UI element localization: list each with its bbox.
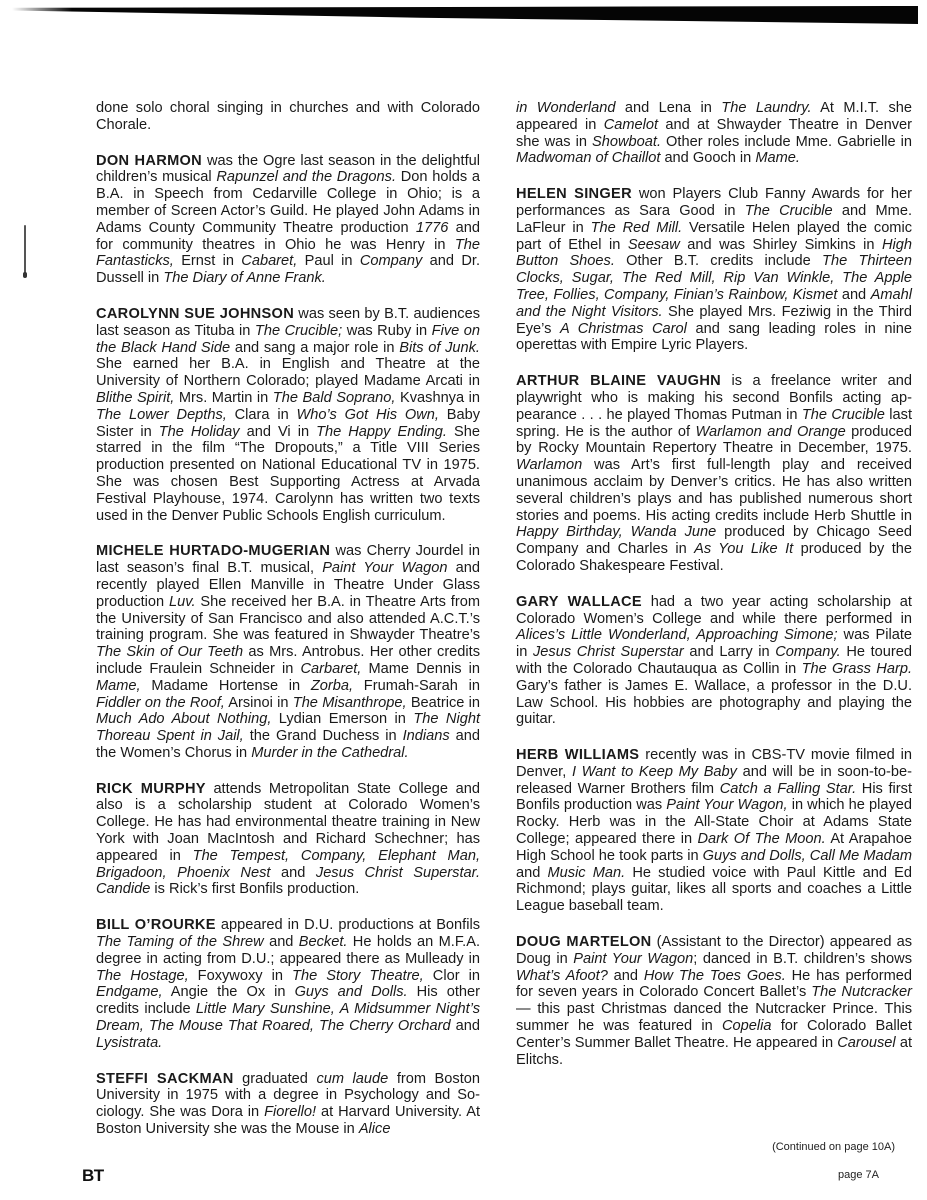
production-title: Dark Of The Moon.: [698, 831, 826, 847]
production-title: Much Ado About Nothing,: [96, 711, 271, 727]
bio-paragraph-steffi-sackman-continued: in Wonderland and Lena in The Laundry. A…: [516, 100, 912, 167]
bio-text: Other B.T. credits include: [615, 253, 822, 269]
production-title: Paint Your Wagon: [322, 560, 447, 576]
performer-name: CAROLYNN SUE JOHNSON: [96, 306, 294, 322]
production-title: The Misanthrope,: [293, 695, 407, 711]
production-title: Murder in the Cathedral.: [251, 745, 408, 761]
production-title: Carbaret,: [301, 661, 362, 677]
bio-text: Lydian Emerson in: [271, 711, 413, 727]
production-title: The Bald Soprano,: [273, 390, 396, 406]
performer-name: BILL O’ROURKE: [96, 917, 216, 933]
performer-name: GARY WALLACE: [516, 594, 642, 610]
production-title: Becket.: [299, 934, 348, 950]
production-title: Seesaw: [628, 237, 680, 253]
production-title: Company: [360, 253, 422, 269]
bio-paragraph-continuation: done solo choral singing in churches and…: [96, 100, 480, 134]
bio-text: the Grand Duchess in: [244, 728, 403, 744]
production-title: The Hostage,: [96, 968, 189, 984]
bio-text: Clara in: [227, 407, 297, 423]
production-title: Who’s Got His Own,: [297, 407, 439, 423]
performer-name: RICK MURPHY: [96, 781, 206, 797]
bio-text: and was Shirley Sim­kins in: [680, 237, 882, 253]
margin-pen-mark: [24, 225, 26, 275]
production-title: Camelot: [604, 117, 658, 133]
bio-paragraph-rick-murphy: RICK MURPHY attends Metropolitan State C…: [96, 781, 480, 899]
production-title: Mame.: [755, 150, 800, 166]
bio-paragraph-helen-singer: HELEN SINGER won Players Club Fanny Awar…: [516, 186, 912, 354]
bio-text: Madame Hortense in: [141, 678, 311, 694]
bio-paragraph-carolynn-sue-johnson: CAROLYNN SUE JOHNSON was seen by B.T. au…: [96, 306, 480, 524]
production-title: Guys and Dolls, Call Me Madam: [703, 848, 912, 864]
bio-column-left: done solo choral singing in churches and…: [96, 100, 480, 1157]
production-title: The Crucible: [745, 203, 833, 219]
production-title: Luv.: [169, 594, 196, 610]
production-title: Mame,: [96, 678, 141, 694]
bio-text: done solo choral singing in churches and…: [96, 100, 480, 133]
bio-text: Paul in: [297, 253, 360, 269]
bio-text: Kvashnya in: [395, 390, 480, 406]
production-title: I Want to Keep My Baby: [572, 764, 737, 780]
performer-name: ARTHUR BLAINE VAUGHN: [516, 373, 721, 389]
production-title: What’s Afoot?: [516, 968, 608, 984]
performer-name: DOUG MARTELON: [516, 934, 652, 950]
bio-paragraph-gary-wallace: GARY WALLACE had a two year acting schol…: [516, 594, 912, 728]
bio-text: and Larry in: [684, 644, 775, 660]
bio-text: Clor in: [424, 968, 480, 984]
bio-text: was Ruby in: [342, 323, 431, 339]
bio-text: Foxywoxy in: [189, 968, 292, 984]
bio-text: Angie the Ox in: [163, 984, 295, 1000]
bio-text: and: [516, 865, 548, 881]
bio-text: and: [270, 865, 315, 881]
production-title: Fiorello!: [264, 1104, 316, 1120]
production-title: The Story Theatre,: [292, 968, 424, 984]
bio-text: and: [264, 934, 299, 950]
production-title: The Cruci­ble: [802, 407, 885, 423]
production-title: The Skin of Our Teeth: [96, 644, 243, 660]
bio-text: and Gooch in: [660, 150, 755, 166]
production-title: Showboat.: [592, 134, 661, 150]
bio-paragraph-bill-orourke: BILL O’ROURKE appeared in D.U. productio…: [96, 917, 480, 1051]
scan-edge-fade: [12, 6, 72, 18]
production-title: Rapunzel and the Dragons.: [216, 169, 396, 185]
bio-text: Mame Dennis in: [361, 661, 480, 677]
production-title: Endgame,: [96, 984, 163, 1000]
bio-text: and sang a major role in: [230, 340, 399, 356]
production-title: The Diary of Anne Frank.: [163, 270, 326, 286]
bio-text: graduated: [234, 1071, 317, 1087]
production-title: in Wonderland: [516, 100, 615, 116]
production-title: Fiddler on the Roof,: [96, 695, 225, 711]
production-title: Mu­sic Man.: [548, 865, 626, 881]
production-title: Zorba,: [311, 678, 353, 694]
bio-paragraph-doug-martelon: DOUG MARTELON (Assistant to the Director…: [516, 934, 912, 1068]
bio-text: ; danced in B.T. children’s shows: [693, 951, 912, 967]
performer-name: HERB WILLIAMS: [516, 747, 639, 763]
continued-note: (Continued on page 10A): [772, 1141, 895, 1153]
performer-name: DON HARMON: [96, 153, 202, 169]
production-title: Bits of Junk.: [399, 340, 480, 356]
production-title: The Taming of the Shrew: [96, 934, 264, 950]
page-number: page 7A: [838, 1169, 879, 1181]
production-title: Carousel: [837, 1035, 895, 1051]
bio-text: is Rick’s first Bonfils production.: [150, 881, 359, 897]
bio-text: and: [608, 968, 644, 984]
production-title: The Nutcracker: [811, 984, 912, 1000]
bio-paragraph-steffi-sackman: STEFFI SACKMAN graduated cum laude from …: [96, 1071, 480, 1138]
production-title: Jesus Christ Superstar: [533, 644, 684, 660]
bio-text: and: [837, 287, 870, 303]
bio-text: Other roles include Mme. Gabrielle in: [661, 134, 912, 150]
production-title: The Grass Harp.: [802, 661, 912, 677]
production-title: Lysistrata.: [96, 1035, 162, 1051]
bio-text: Frumah-Sarah in: [353, 678, 480, 694]
bio-text: appeared in D.U. productions at Bonfils: [216, 917, 480, 933]
production-title: The Crucible;: [255, 323, 342, 339]
production-title: Warlamon: [516, 457, 582, 473]
production-title: Blithe Spirit,: [96, 390, 174, 406]
bio-text: Ernst in: [174, 253, 241, 269]
performer-name: STEFFI SACKMAN: [96, 1071, 234, 1087]
bio-text: She earned her B.A. in English and Theat…: [96, 356, 480, 389]
production-title: As You Like It: [694, 541, 793, 557]
bio-text: and Vi in: [240, 424, 317, 440]
production-title: cum laude: [316, 1071, 388, 1087]
scan-edge-bar: [12, 6, 918, 24]
production-title: The Laundry.: [721, 100, 811, 116]
production-title: The Lower Depths,: [96, 407, 227, 423]
bio-paragraph-don-harmon: DON HARMON was the Ogre last season in t…: [96, 153, 480, 287]
production-title: The Happy Ending.: [316, 424, 447, 440]
bt-logo: BT: [82, 1166, 104, 1186]
production-title: 1776: [416, 220, 448, 236]
bio-text: Arsinoi in: [225, 695, 293, 711]
production-title: A Christ­mas Carol: [560, 321, 687, 337]
production-title: Indians: [403, 728, 450, 744]
production-title: Cabaret,: [241, 253, 297, 269]
production-title: Guys and Dolls.: [295, 984, 408, 1000]
production-title: Warlamon and Orange: [696, 424, 846, 440]
production-title: Paint Your Wagon: [573, 951, 693, 967]
production-title: Com­pany.: [775, 644, 840, 660]
production-title: Alices’s Little Wonderland, Approaching …: [516, 627, 838, 643]
bio-text: and Lena in: [615, 100, 721, 116]
bio-text: and: [451, 1018, 480, 1034]
production-title: Copelia: [722, 1018, 772, 1034]
production-title: The Holiday: [159, 424, 240, 440]
production-title: Madwoman of Chaillot: [516, 150, 660, 166]
production-title: Catch a Fall­ing Star.: [720, 781, 856, 797]
bio-paragraph-arthur-blaine-vaughn: ARTHUR BLAINE VAUGHN is a freelance writ…: [516, 373, 912, 575]
production-title: Paint Your Wagon,: [666, 797, 787, 813]
bio-text: Gary’s father is James E. Wallace, a pro…: [516, 678, 912, 728]
bio-text: Beatrice in: [407, 695, 480, 711]
bio-paragraph-herb-williams: HERB WILLIAMS recently was in CBS-TV mov…: [516, 747, 912, 915]
production-title: The Red Mill.: [591, 220, 683, 236]
production-title: Alice: [359, 1121, 391, 1137]
bio-column-right: in Wonderland and Lena in The Laundry. A…: [516, 100, 912, 1087]
production-title: How The Toes Goes.: [644, 968, 786, 984]
performer-name: MICHELE HURTADO-MUGERIAN: [96, 543, 330, 559]
performer-name: HELEN SINGER: [516, 186, 632, 202]
bio-paragraph-michele-hurtado-mugerian: MICHELE HURTADO-MUGERIAN was Cherry Jour…: [96, 543, 480, 761]
bio-text: Mrs. Martin in: [174, 390, 272, 406]
production-title: Happy Birth­day, Wanda June: [516, 524, 716, 540]
